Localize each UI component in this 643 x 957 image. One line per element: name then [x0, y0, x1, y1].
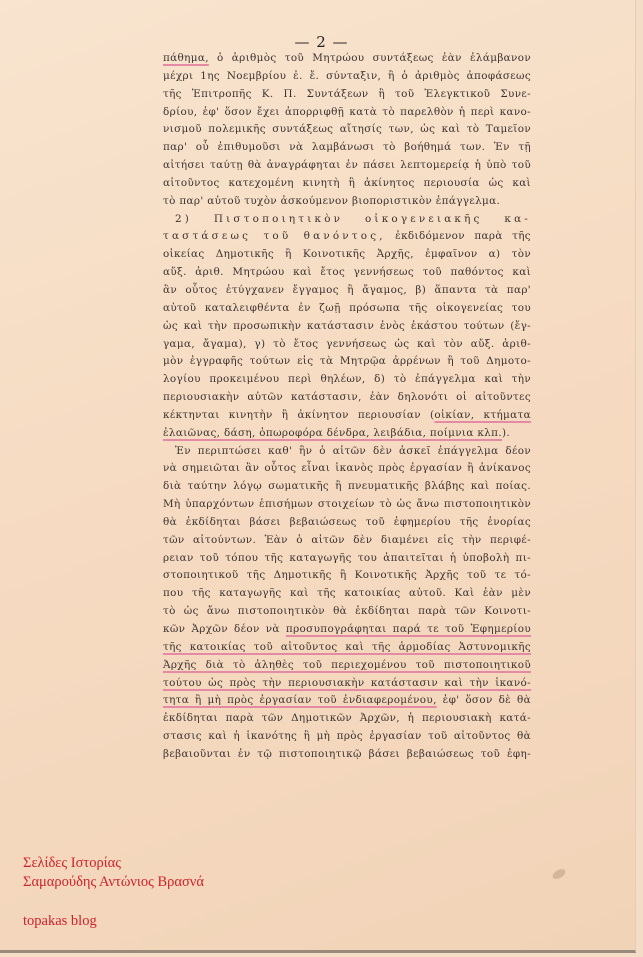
text-line: τὸ παρ' αὐτοῦ τυχὸν ἀσκούμενον βιοποριστ…	[163, 193, 531, 211]
text-line: ταστάσεως τοῦ θανόντος, ἐκδιδόμενον παρὰ…	[163, 228, 531, 246]
body-text: πάθημα, ὁ ἀριθμὸς τοῦ Μητρώου συντάξεως …	[163, 50, 531, 764]
text-line: Ἀρχῆς διὰ τὸ ἀληθὲς τοῦ περιεχομένου τοῦ…	[163, 657, 531, 675]
text-line: ἐλαιῶνας, δάση, ὀπωροφόρα δένδρα, λειβάδ…	[163, 425, 531, 443]
text-line: ἂν οὗτος ἐτύγχανεν ἔγγαμος ἢ ἄγαμος, β) …	[163, 282, 531, 300]
text-line: αὔξ. ἀριθ. Μητρώου καὶ ἔτος γεννήσεως το…	[163, 264, 531, 282]
text-line: περιουσιακὴν αὐτῶν κατάστασιν, ἐὰν δηλον…	[163, 389, 531, 407]
paper-stain	[551, 867, 567, 881]
text-line: βεβαιοῦνται ἐν τῷ πιστοποιητικῷ βάσει βε…	[163, 746, 531, 764]
text-line: γαμα, ἄγαμα), γ) τὸ ἔτος γεννήσεως ὡς κα…	[163, 336, 531, 354]
text-line: νισμοῦ πολεμικῆς συντάξεως αἴτησίς των, …	[163, 121, 531, 139]
credit-title: Σελίδες Ιστορίας	[23, 854, 204, 873]
text-line: μὸν ἐγγραφῆς τούτων εἰς τὰ Μητρῷα ἀρρένω…	[163, 353, 531, 371]
text-line: στοποιητικοῦ τῆς Δημοτικῆς ἢ Κοινοτικῆς …	[163, 567, 531, 585]
text-line: κέκτηνται κινητὴν ἢ ἀκίνητον περιουσίαν …	[163, 407, 531, 425]
credit-author: Σαμαρούδης Αντώνιος Βρασνά	[23, 873, 204, 892]
text-line: κῶν Ἀρχῶν δέον νὰ προσυπογράφηται παρά τ…	[163, 621, 531, 639]
text-line: μέχρι 1ης Νοεμβρίου ἐ. ἔ. σύνταξιν, ἢ ὁ …	[163, 68, 531, 86]
text-line: αἰτοῦντος κατεχομένη κινητὴ ἢ ἀκίνητος π…	[163, 175, 531, 193]
text-line: Ἐν περιπτώσει καθ' ἣν ὁ αἰτῶν δὲν ἀσκεῖ …	[163, 443, 531, 461]
text-line: παρ' οὗ ἐπιθυμοῦσι νὰ λαμβάνωσι τὸ βοήθη…	[163, 139, 531, 157]
scanned-page: — 2 — πάθημα, ὁ ἀριθμὸς τοῦ Μητρώου συντ…	[0, 0, 636, 953]
text-line: οἰκείας Δημοτικῆς ἢ Κοινοτικῆς Ἀρχῆς, ἐμ…	[163, 246, 531, 264]
watermark-credits: Σελίδες Ιστορίας Σαμαρούδης Αντώνιος Βρα…	[23, 854, 204, 931]
text-line: Μὴ ὑπαρχόντων ἐπισήμων στοιχείων τὸ ὡς ἄ…	[163, 496, 531, 514]
text-line: ρειαν τοῦ τόπου τῆς καταγωγῆς του ἀπαιτε…	[163, 550, 531, 568]
text-line: θὰ ἐκδίδηται βάσει βεβαιώσεως τοῦ ἐφημερ…	[163, 514, 531, 532]
text-line: ὡς καὶ τὴν προσωπικὴν κατάστασιν ἑνὸς ἑκ…	[163, 318, 531, 336]
text-line: νὰ σημειῶται ἂν οὗτος εἶναι ἱκανὸς πρὸς …	[163, 460, 531, 478]
text-line: διὰ ταύτην λόγῳ σωματικῆς ἢ πνευματικῆς …	[163, 478, 531, 496]
text-line: τούτου ὡς πρὸς τὴν περιουσιακὴν κατάστασ…	[163, 675, 531, 693]
text-line: στασις καὶ ἡ ἱκανότης ἢ μὴ πρὸς ἐργασίαν…	[163, 728, 531, 746]
text-line: αὐτοῦ καταλειφθέντα ἐν ζωῇ πρόσωπα τῆς ο…	[163, 300, 531, 318]
page-number: — 2 —	[0, 33, 643, 51]
text-line: ἐκδίδηται παρὰ τῶν Δημοτικῶν Ἀρχῶν, ἡ πε…	[163, 710, 531, 728]
text-line: τὸ ὡς ἄνω πιστοποιητικὸν θὰ ἐκδίδηται πα…	[163, 603, 531, 621]
text-line: 2) Πιστοποιητικὸν οἰκογενειακῆς κα-	[163, 211, 531, 229]
text-line: πάθημα, ὁ ἀριθμὸς τοῦ Μητρώου συντάξεως …	[163, 50, 531, 68]
text-line: τῶν αἰτούντων. Ἐὰν ὁ αἰτῶν δὲν διαμένει …	[163, 532, 531, 550]
text-line: τῆς Ἐπιτροπῆς Κ. Π. Συντάξεων ἢ τοῦ Ἐλεγ…	[163, 86, 531, 104]
text-line: τητα ἢ μὴ πρὸς ἐργασίαν τοῦ ἐνδιαφερομέν…	[163, 692, 531, 710]
text-line: τῆς κατοικίας τοῦ αἰτοῦντος καὶ τῆς ἁρμο…	[163, 639, 531, 657]
text-line: που τῆς καταγωγῆς καὶ τῆς κατοικίας αὐτο…	[163, 585, 531, 603]
text-line: λογίου προκειμένου περὶ θηλέων, δ) τὸ ἐπ…	[163, 371, 531, 389]
text-line: δρίου, ἐφ' ὅσον ἔχει ἀπορριφθῇ κατὰ τὸ π…	[163, 104, 531, 122]
credit-blog: topakas blog	[23, 912, 204, 931]
text-line: αἰτήσει ταύτῃ θὰ ἀναγράφηται ἐν πάσει λε…	[163, 157, 531, 175]
